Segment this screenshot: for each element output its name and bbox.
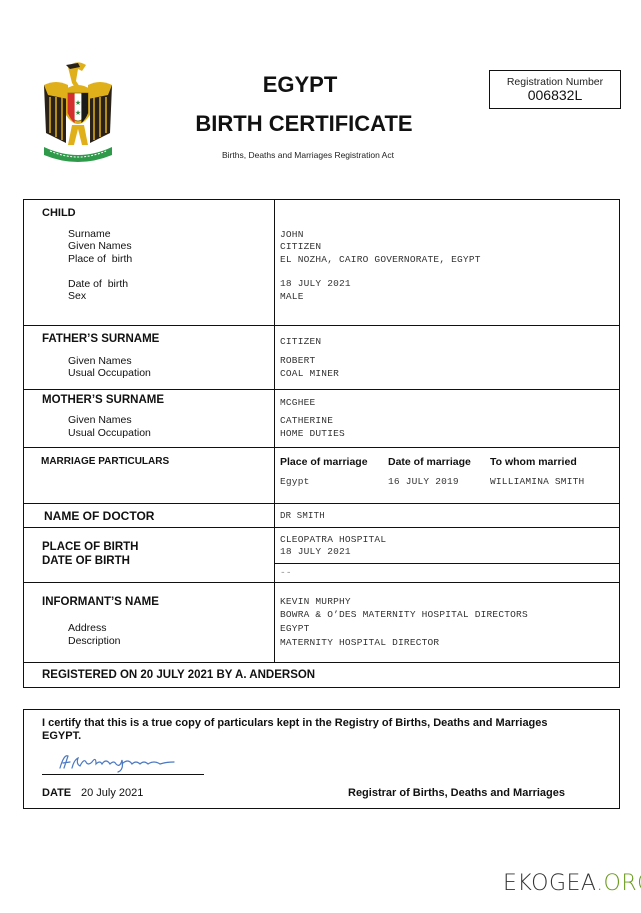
informant-heading: INFORMANT’S NAME <box>42 596 159 608</box>
informant-address-label: Address <box>68 622 107 634</box>
place-of-marriage-header: Place of marriage <box>280 456 368 468</box>
child-sex-value: MALE <box>280 291 304 302</box>
informant-description-value: MATERNITY HOSPITAL DIRECTOR <box>280 637 439 648</box>
watermark-logo: EKOGEA.ORG <box>503 871 641 896</box>
child-place-of-birth-value: EL NOZHA, CAIRO GOVERNORATE, EGYPT <box>280 254 481 265</box>
certification-country: EGYPT. <box>42 730 81 742</box>
mother-surname-value: MCGHEE <box>280 397 315 408</box>
child-given-names-label: Given Names <box>68 240 132 252</box>
child-date-of-birth-value: 18 JULY 2021 <box>280 278 351 289</box>
place-of-marriage-value: Egypt <box>280 476 310 487</box>
row-divider <box>23 662 620 663</box>
registration-number-value: 006832L <box>490 87 620 103</box>
child-surname-label: Surname <box>68 228 111 240</box>
mother-occupation-label: Usual Occupation <box>68 427 151 439</box>
row-divider <box>23 325 620 326</box>
row-divider <box>23 503 620 504</box>
registrar-title: Registrar of Births, Deaths and Marriage… <box>348 787 565 799</box>
informant-address-line2: EGYPT <box>280 623 310 634</box>
marriage-particulars-heading: MARRIAGE PARTICULARS <box>41 456 169 467</box>
certification-statement: I certify that this is a true copy of pa… <box>42 717 548 729</box>
signature-line <box>42 774 204 775</box>
child-heading: CHILD <box>42 207 76 219</box>
mother-surname-heading: MOTHER’S SURNAME <box>42 394 164 406</box>
informant-name-value: KEVIN MURPHY <box>280 596 351 607</box>
date-of-birth-heading: DATE OF BIRTH <box>42 555 130 567</box>
certification-date-value: 20 July 2021 <box>81 787 143 799</box>
father-surname-heading: FATHER’S SURNAME <box>42 333 159 345</box>
svg-text:★: ★ <box>75 99 81 107</box>
informant-address-line1: BOWRA & O’DES MATERNITY HOSPITAL DIRECTO… <box>280 609 528 620</box>
date-of-marriage-header: Date of marriage <box>388 456 471 468</box>
mother-given-names-label: Given Names <box>68 414 132 426</box>
row-divider <box>274 563 620 564</box>
place-of-birth-value: CLEOPATRA HOSPITAL <box>280 534 386 545</box>
column-divider <box>274 199 275 662</box>
birth-extra-value: -- <box>280 567 292 578</box>
row-divider <box>23 447 620 448</box>
row-divider <box>23 582 620 583</box>
child-place-of-birth-label: Place of birth <box>68 253 132 265</box>
spouse-name-value: WILLIAMINA SMITH <box>490 476 584 487</box>
certification-date-label: DATE <box>42 787 71 799</box>
father-given-names-value: ROBERT <box>280 355 315 366</box>
signature <box>56 748 188 774</box>
watermark-part2: .ORG <box>596 871 641 896</box>
child-sex-label: Sex <box>68 290 86 302</box>
doctor-name-value: DR SMITH <box>280 511 325 521</box>
document-title: BIRTH CERTIFICATE <box>0 111 608 137</box>
row-divider <box>23 389 620 390</box>
place-of-birth-heading: PLACE OF BIRTH <box>42 541 138 553</box>
father-surname-value: CITIZEN <box>280 336 321 347</box>
watermark-part1: EKOGEA <box>503 871 596 896</box>
child-given-names-value: CITIZEN <box>280 241 321 252</box>
row-divider <box>23 527 620 528</box>
child-surname-value: JOHN <box>280 229 304 240</box>
to-whom-married-header: To whom married <box>490 456 577 468</box>
child-date-of-birth-label: Date of birth <box>68 278 128 290</box>
father-occupation-label: Usual Occupation <box>68 367 151 379</box>
registered-statement: REGISTERED ON 20 JULY 2021 BY A. ANDERSO… <box>42 669 315 681</box>
mother-given-names-value: CATHERINE <box>280 415 333 426</box>
registration-number-box: Registration Number 006832L <box>489 70 621 109</box>
mother-occupation-value: HOME DUTIES <box>280 428 345 439</box>
date-of-birth-value: 18 JULY 2021 <box>280 546 351 557</box>
act-subtitle: Births, Deaths and Marriages Registratio… <box>222 150 394 160</box>
father-given-names-label: Given Names <box>68 355 132 367</box>
doctor-heading: NAME OF DOCTOR <box>44 509 154 523</box>
father-occupation-value: COAL MINER <box>280 368 339 379</box>
date-of-marriage-value: 16 JULY 2019 <box>388 476 459 487</box>
informant-description-label: Description <box>68 635 121 647</box>
